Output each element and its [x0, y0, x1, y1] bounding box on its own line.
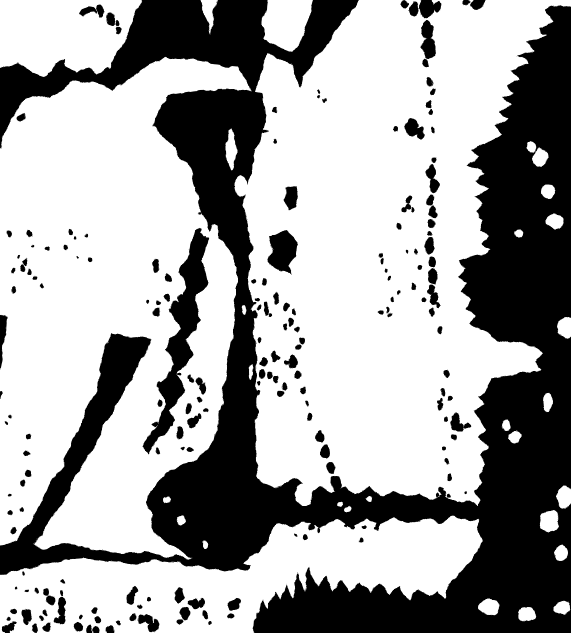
bitonal-photo-canvas	[0, 0, 571, 633]
speckle	[117, 620, 122, 624]
speckle	[253, 310, 258, 318]
speckle	[248, 122, 254, 129]
speckle	[261, 277, 267, 286]
speckle	[275, 355, 281, 360]
chain-dot	[385, 268, 388, 273]
speckle	[439, 405, 442, 410]
speckle	[375, 523, 380, 530]
white-hole	[164, 496, 170, 504]
chain-dot	[426, 165, 436, 180]
speckle	[167, 372, 174, 381]
speckle	[452, 505, 458, 509]
chain-dot	[442, 445, 446, 451]
speckle	[228, 613, 235, 619]
speckle	[200, 382, 207, 393]
chain-dot	[422, 297, 426, 303]
speckle	[185, 404, 192, 414]
chain-dot	[431, 89, 435, 95]
chain-dot	[301, 386, 306, 394]
chain-dot	[321, 446, 329, 458]
chain-dot	[394, 127, 398, 133]
speckle	[18, 255, 21, 258]
chain-dot	[398, 290, 401, 295]
speckle	[188, 601, 194, 606]
speckle	[157, 400, 162, 407]
speckle	[137, 615, 145, 624]
speckle	[202, 611, 208, 619]
white-hole	[366, 497, 372, 502]
speckle	[203, 236, 206, 239]
chain-dot	[289, 356, 297, 368]
chain-dot	[428, 256, 436, 268]
chain-dot	[444, 369, 450, 378]
speckle	[11, 285, 16, 293]
chain-dot	[438, 326, 443, 334]
white-hole	[518, 607, 536, 621]
chain-dot	[327, 462, 335, 474]
speckle	[273, 107, 277, 112]
speckle	[262, 128, 267, 132]
white-hole	[177, 515, 185, 525]
white-hole	[226, 130, 236, 170]
white-hole	[344, 506, 352, 512]
speckle	[177, 373, 181, 377]
speckle	[402, 206, 407, 213]
speckle	[256, 298, 260, 302]
speckle	[156, 259, 159, 262]
speckle	[189, 377, 196, 382]
speckle	[23, 608, 32, 622]
white-hole	[515, 230, 523, 238]
speckle	[43, 588, 49, 595]
white-hole	[554, 601, 570, 615]
speckle	[441, 504, 446, 512]
bitonal-photo-svg	[0, 0, 571, 633]
speckle	[309, 523, 315, 531]
speckle	[45, 247, 50, 251]
speckle	[294, 344, 301, 350]
speckle	[46, 622, 51, 627]
speckle	[435, 493, 438, 497]
chain-dot	[428, 286, 434, 295]
speckle	[6, 617, 12, 621]
speckle	[188, 418, 195, 427]
speckle	[27, 269, 31, 274]
chain-dot	[409, 2, 419, 17]
speckle	[153, 618, 159, 628]
speckle	[188, 544, 194, 552]
chain-dot	[431, 127, 435, 133]
chain-dot	[292, 309, 296, 315]
speckle	[197, 539, 203, 546]
speckle	[317, 529, 320, 533]
chain-dot	[283, 302, 289, 311]
speckle	[451, 417, 460, 430]
chain-dot	[397, 223, 401, 229]
chain-dot	[389, 276, 392, 281]
speckle	[228, 602, 237, 611]
chain-dot	[416, 127, 424, 139]
speckle	[137, 605, 142, 609]
white-hole	[202, 541, 208, 549]
speckle	[174, 589, 184, 604]
speckle	[9, 627, 15, 632]
speckle	[252, 278, 257, 283]
speckle	[388, 313, 392, 316]
speckle	[9, 510, 13, 515]
chain-dot	[429, 206, 437, 218]
speckle	[31, 245, 35, 248]
speckle	[33, 275, 37, 278]
white-hole	[544, 393, 552, 411]
speckle	[196, 228, 201, 234]
speckle	[65, 246, 68, 250]
speckle	[156, 382, 163, 388]
speckle	[68, 228, 72, 234]
speckle	[273, 376, 278, 383]
speckle	[19, 508, 23, 511]
speckle	[261, 357, 267, 367]
speckle	[91, 607, 97, 614]
chain-dot	[406, 195, 412, 204]
speckle	[258, 338, 262, 343]
speckle	[78, 614, 83, 620]
chain-dot	[300, 337, 305, 345]
speckle	[5, 422, 8, 426]
speckle	[32, 624, 38, 632]
speckle	[39, 615, 43, 621]
speckle	[155, 301, 160, 305]
chain-dot	[289, 318, 294, 326]
speckle	[295, 533, 298, 536]
speckle	[11, 621, 16, 625]
white-hole	[410, 587, 416, 593]
speckle	[152, 422, 158, 427]
speckle	[208, 549, 211, 554]
speckle	[180, 607, 188, 620]
white-hole	[532, 149, 548, 167]
speckle	[19, 265, 24, 271]
chain-dot	[422, 38, 436, 59]
speckle	[129, 590, 136, 598]
speckle	[358, 537, 362, 543]
speckle	[257, 380, 262, 385]
speckle	[243, 111, 246, 116]
speckle	[273, 300, 278, 304]
speckle	[437, 400, 441, 404]
white-hole	[509, 431, 521, 443]
speckle	[362, 525, 366, 529]
speckle	[196, 239, 201, 244]
speckle	[447, 395, 451, 401]
speckle	[40, 283, 44, 289]
speckle	[219, 538, 223, 542]
speckle	[155, 448, 160, 453]
chain-dot	[295, 327, 299, 333]
speckle	[267, 372, 273, 379]
speckle	[146, 300, 150, 304]
speckle	[144, 614, 152, 621]
speckle	[73, 622, 82, 631]
chain-dot	[426, 100, 432, 109]
speckle	[73, 236, 76, 240]
speckle	[451, 434, 457, 440]
speckle	[180, 446, 185, 450]
speckle	[166, 418, 172, 427]
speckle	[264, 537, 269, 543]
speckle	[259, 370, 265, 379]
chain-dot	[441, 389, 445, 395]
chain-dot	[445, 459, 449, 465]
chain-dot	[418, 265, 422, 271]
speckle	[178, 306, 184, 312]
chain-dot	[444, 417, 448, 423]
speckle	[345, 525, 349, 528]
speckle	[464, 423, 469, 428]
chain-dot	[308, 413, 313, 421]
speckle	[11, 268, 15, 274]
speckle	[77, 257, 80, 259]
speckle	[257, 306, 261, 310]
speckle	[61, 591, 64, 596]
speckle	[302, 534, 307, 541]
white-hole	[242, 305, 246, 315]
speckle	[464, 491, 467, 494]
speckle	[269, 313, 272, 317]
chain-dot	[414, 249, 418, 255]
speckle	[233, 535, 239, 544]
speckle	[165, 382, 170, 388]
speckle	[317, 94, 321, 99]
speckle	[210, 220, 213, 223]
speckle	[457, 508, 462, 513]
speckle	[7, 493, 12, 497]
speckle	[25, 590, 29, 593]
speckle	[257, 389, 261, 395]
top-small-blob	[107, 13, 114, 25]
speckle	[177, 427, 184, 439]
speckle	[35, 588, 39, 593]
speckle	[25, 470, 31, 477]
chain-dot	[331, 476, 341, 491]
white-hole	[541, 185, 555, 199]
speckle	[178, 619, 184, 623]
chain-dot	[305, 401, 309, 407]
speckle	[412, 284, 416, 291]
white-hole	[501, 419, 511, 431]
chain-dot	[428, 231, 432, 237]
chain-dot	[436, 302, 440, 308]
speckle	[7, 231, 11, 237]
chain-dot	[439, 487, 443, 493]
speckle	[24, 259, 29, 266]
speckle	[381, 258, 385, 264]
speckle	[94, 616, 100, 624]
white-hole	[235, 175, 247, 197]
chain-dot	[410, 207, 414, 213]
speckle	[263, 307, 269, 316]
chain-dot	[428, 270, 438, 285]
white-hole	[526, 142, 536, 152]
top-comma-blob	[97, 4, 105, 18]
chain-dot	[448, 473, 453, 481]
speckle	[379, 253, 383, 257]
chain-dot	[316, 431, 324, 443]
chain-dot	[386, 308, 389, 313]
speckle	[208, 620, 212, 625]
chain-dot	[421, 21, 433, 39]
white-hole	[336, 501, 342, 507]
speckle	[379, 309, 383, 314]
speckle	[88, 258, 91, 262]
chain-dot	[426, 194, 434, 206]
speckle	[166, 295, 170, 302]
speckle	[178, 294, 185, 304]
speckle	[154, 263, 159, 272]
speckle	[20, 481, 25, 487]
white-hole	[546, 214, 564, 228]
speckle	[248, 106, 251, 109]
speckle	[283, 323, 287, 329]
left-edge-tick-blob	[17, 115, 25, 122]
speckle	[115, 20, 119, 26]
speckle	[172, 310, 178, 316]
speckle	[27, 230, 32, 237]
white-hole	[554, 545, 568, 561]
speckle	[22, 571, 25, 575]
speckle	[130, 613, 136, 621]
chain-dot	[295, 371, 301, 380]
speckle	[282, 383, 288, 391]
speckle	[203, 409, 209, 414]
speckle	[198, 599, 204, 607]
chain-dot	[429, 179, 439, 194]
speckle	[147, 596, 152, 603]
speckle	[447, 493, 451, 497]
chain-dot	[432, 157, 436, 163]
speckle	[44, 610, 48, 615]
chain-dot	[425, 239, 435, 254]
white-hole	[539, 510, 559, 532]
speckle	[165, 273, 171, 282]
speckle	[172, 301, 179, 311]
speckle	[159, 427, 166, 437]
chain-dot	[433, 0, 441, 12]
white-hole	[296, 483, 312, 507]
chain-dot	[427, 78, 433, 87]
speckle	[198, 212, 201, 215]
speckle	[11, 527, 16, 535]
speckle	[58, 614, 66, 624]
chain-dot	[423, 59, 429, 68]
white-hole	[479, 599, 499, 615]
speckle	[58, 597, 65, 608]
speckle	[277, 390, 284, 396]
speckle	[154, 307, 160, 316]
speckle	[61, 580, 65, 584]
speckle	[350, 525, 353, 529]
speckle	[317, 89, 320, 93]
speckle	[324, 98, 327, 102]
speckle	[273, 139, 278, 145]
speckle	[8, 415, 11, 418]
speckle	[252, 303, 255, 306]
speckle	[27, 434, 32, 439]
speckle	[25, 451, 30, 456]
speckle	[0, 391, 3, 396]
speckle	[84, 233, 87, 236]
chain-dot	[429, 308, 435, 317]
speckle	[197, 396, 202, 403]
speckle	[244, 156, 247, 161]
speckle	[13, 586, 16, 589]
white-hole	[209, 224, 219, 248]
speckle	[117, 27, 121, 33]
chain-dot	[429, 109, 433, 115]
speckle	[46, 595, 55, 605]
chain-dot	[428, 220, 434, 229]
speckle	[391, 297, 394, 302]
speckle	[188, 447, 193, 453]
speckle	[9, 609, 17, 615]
speckle	[405, 250, 409, 253]
white-hole	[249, 364, 253, 380]
